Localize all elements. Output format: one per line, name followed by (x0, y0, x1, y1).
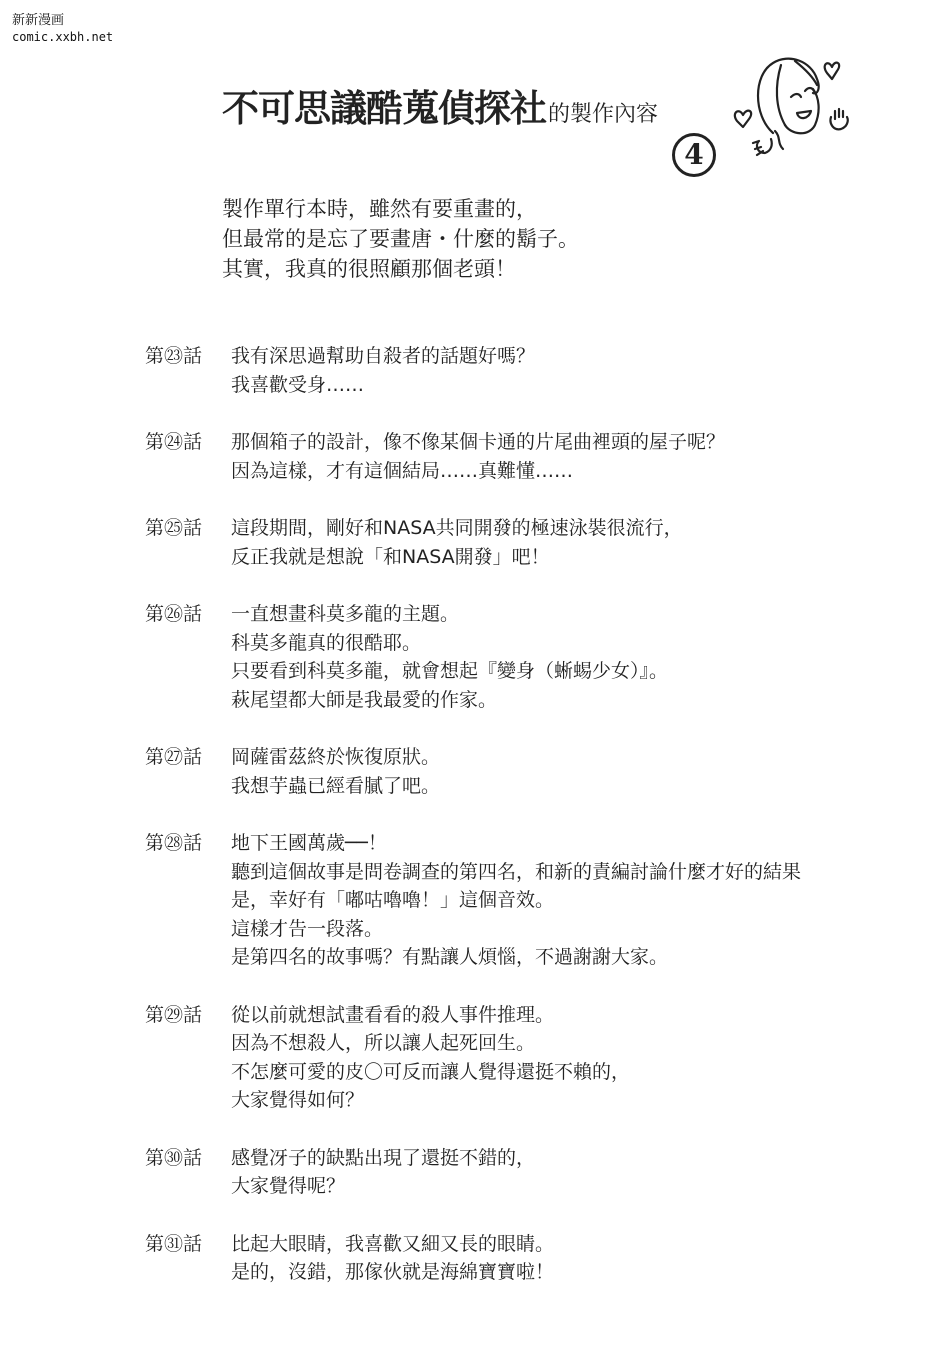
chapter-note-30: 第㉚話 感覺冴子的缺點出現了還挺不錯的， 大家覺得呢？ (145, 1144, 905, 1201)
intro-line: 製作單行本時，雖然有要重畫的， (222, 194, 579, 224)
chapter-text: 地下王國萬歲──！ 聽到這個故事是問卷調查的第四名，和新的責編討論什麼才好的結果… (231, 829, 801, 972)
chapter-text: 那個箱子的設計，像不像某個卡通的片尾曲裡頭的屋子呢？ 因為這樣，才有這個結局……… (231, 428, 725, 485)
watermark: 新新漫画 comic.xxbh.net (12, 12, 113, 46)
volume-number-badge: 4 (672, 133, 716, 177)
chapter-line: 從以前就想試畫看看的殺人事件推理。 (231, 1001, 630, 1030)
chapter-label: 第㉓話 (145, 342, 231, 399)
chapter-line: 科莫多龍真的很酷耶。 (231, 629, 668, 658)
chapter-text: 從以前就想試畫看看的殺人事件推理。 因為不想殺人，所以讓人起死回生。 不怎麼可愛… (231, 1001, 630, 1115)
chapter-line: 這段期間，剛好和NASA共同開發的極速泳裝很流行， (231, 514, 683, 543)
chapter-text: 比起大眼睛，我喜歡又細又長的眼睛。 是的，沒錯，那傢伙就是海綿寶寶啦！ (231, 1230, 554, 1287)
chapter-line: 只要看到科莫多龍，就會想起『變身（蜥蜴少女）』。 (231, 657, 668, 686)
chapter-label: 第㉙話 (145, 1001, 231, 1115)
chapter-line: 一直想畫科莫多龍的主題。 (231, 600, 668, 629)
chapter-note-25: 第㉕話 這段期間，剛好和NASA共同開發的極速泳裝很流行， 反正我就是想說「和N… (145, 514, 905, 571)
chapter-label: 第㉘話 (145, 829, 231, 972)
chapter-line: 大家覺得呢？ (231, 1172, 535, 1201)
chapter-note-27: 第㉗話 岡薩雷茲終於恢復原狀。 我想芋蟲已經看膩了吧。 (145, 743, 905, 800)
chapter-note-29: 第㉙話 從以前就想試畫看看的殺人事件推理。 因為不想殺人，所以讓人起死回生。 不… (145, 1001, 905, 1115)
chapter-line: 因為這樣，才有這個結局……真難懂…… (231, 457, 725, 486)
chapter-line: 是第四名的故事嗎？有點讓人煩惱，不過謝謝大家。 (231, 943, 801, 972)
chapter-line: 萩尾望都大師是我最愛的作家。 (231, 686, 668, 715)
chapter-note-28: 第㉘話 地下王國萬歲──！ 聽到這個故事是問卷調查的第四名，和新的責編討論什麼才… (145, 829, 905, 972)
chapter-line: 那個箱子的設計，像不像某個卡通的片尾曲裡頭的屋子呢？ (231, 428, 725, 457)
smiling-girl-doodle-icon (725, 45, 865, 165)
chapter-label: 第㉗話 (145, 743, 231, 800)
chapter-label: 第㉔話 (145, 428, 231, 485)
chapter-line: 是，幸好有「嘟咕嚕嚕！」這個音效。 (231, 886, 801, 915)
chapter-line: 反正我就是想說「和NASA開發」吧！ (231, 543, 683, 572)
watermark-url: comic.xxbh.net (12, 29, 113, 46)
chapter-text: 我有深思過幫助自殺者的話題好嗎？ 我喜歡受身…… (231, 342, 535, 399)
chapter-note-31: 第㉛話 比起大眼睛，我喜歡又細又長的眼睛。 是的，沒錯，那傢伙就是海綿寶寶啦！ (145, 1230, 905, 1287)
chapter-line: 我喜歡受身…… (231, 371, 535, 400)
title-sub: 的製作內容 (548, 102, 658, 127)
chapter-label: 第㉖話 (145, 600, 231, 714)
chapter-line: 比起大眼睛，我喜歡又細又長的眼睛。 (231, 1230, 554, 1259)
chapter-label: 第㉚話 (145, 1144, 231, 1201)
chapter-line: 因為不想殺人，所以讓人起死回生。 (231, 1029, 630, 1058)
chapter-text: 岡薩雷茲終於恢復原狀。 我想芋蟲已經看膩了吧。 (231, 743, 440, 800)
chapter-text: 一直想畫科莫多龍的主題。 科莫多龍真的很酷耶。 只要看到科莫多龍，就會想起『變身… (231, 600, 668, 714)
chapter-line: 地下王國萬歲──！ (231, 829, 801, 858)
chapter-label: 第㉛話 (145, 1230, 231, 1287)
chapter-line: 感覺冴子的缺點出現了還挺不錯的， (231, 1144, 535, 1173)
chapter-label: 第㉕話 (145, 514, 231, 571)
chapter-note-26: 第㉖話 一直想畫科莫多龍的主題。 科莫多龍真的很酷耶。 只要看到科莫多龍，就會想… (145, 600, 905, 714)
watermark-site-name: 新新漫画 (12, 12, 113, 29)
intro-line: 但最常的是忘了要畫唐・什麼的鬍子。 (222, 224, 579, 254)
chapter-line: 大家覺得如何？ (231, 1086, 630, 1115)
chapter-line: 這樣才告一段落。 (231, 915, 801, 944)
chapter-line: 聽到這個故事是問卷調查的第四名，和新的責編討論什麼才好的結果 (231, 858, 801, 887)
title-main: 不可思議酷蒐偵探社 (222, 86, 546, 130)
chapter-line: 岡薩雷茲終於恢復原狀。 (231, 743, 440, 772)
chapter-line: 我想芋蟲已經看膩了吧。 (231, 772, 440, 801)
chapter-text: 感覺冴子的缺點出現了還挺不錯的， 大家覺得呢？ (231, 1144, 535, 1201)
chapter-line: 是的，沒錯，那傢伙就是海綿寶寶啦！ (231, 1258, 554, 1287)
intro-line: 其實，我真的很照顧那個老頭！ (222, 254, 579, 284)
chapter-note-23: 第㉓話 我有深思過幫助自殺者的話題好嗎？ 我喜歡受身…… (145, 342, 905, 399)
chapter-notes-list: 第㉓話 我有深思過幫助自殺者的話題好嗎？ 我喜歡受身…… 第㉔話 那個箱子的設計… (145, 342, 905, 1316)
chapter-line: 我有深思過幫助自殺者的話題好嗎？ (231, 342, 535, 371)
page-title: 不可思議酷蒐偵探社的製作內容 (222, 78, 658, 132)
chapter-text: 這段期間，剛好和NASA共同開發的極速泳裝很流行， 反正我就是想說「和NASA開… (231, 514, 683, 571)
chapter-line: 不怎麼可愛的皮〇可反而讓人覺得還挺不賴的， (231, 1058, 630, 1087)
chapter-note-24: 第㉔話 那個箱子的設計，像不像某個卡通的片尾曲裡頭的屋子呢？ 因為這樣，才有這個… (145, 428, 905, 485)
intro-paragraph: 製作單行本時，雖然有要重畫的， 但最常的是忘了要畫唐・什麼的鬍子。 其實，我真的… (222, 194, 579, 284)
